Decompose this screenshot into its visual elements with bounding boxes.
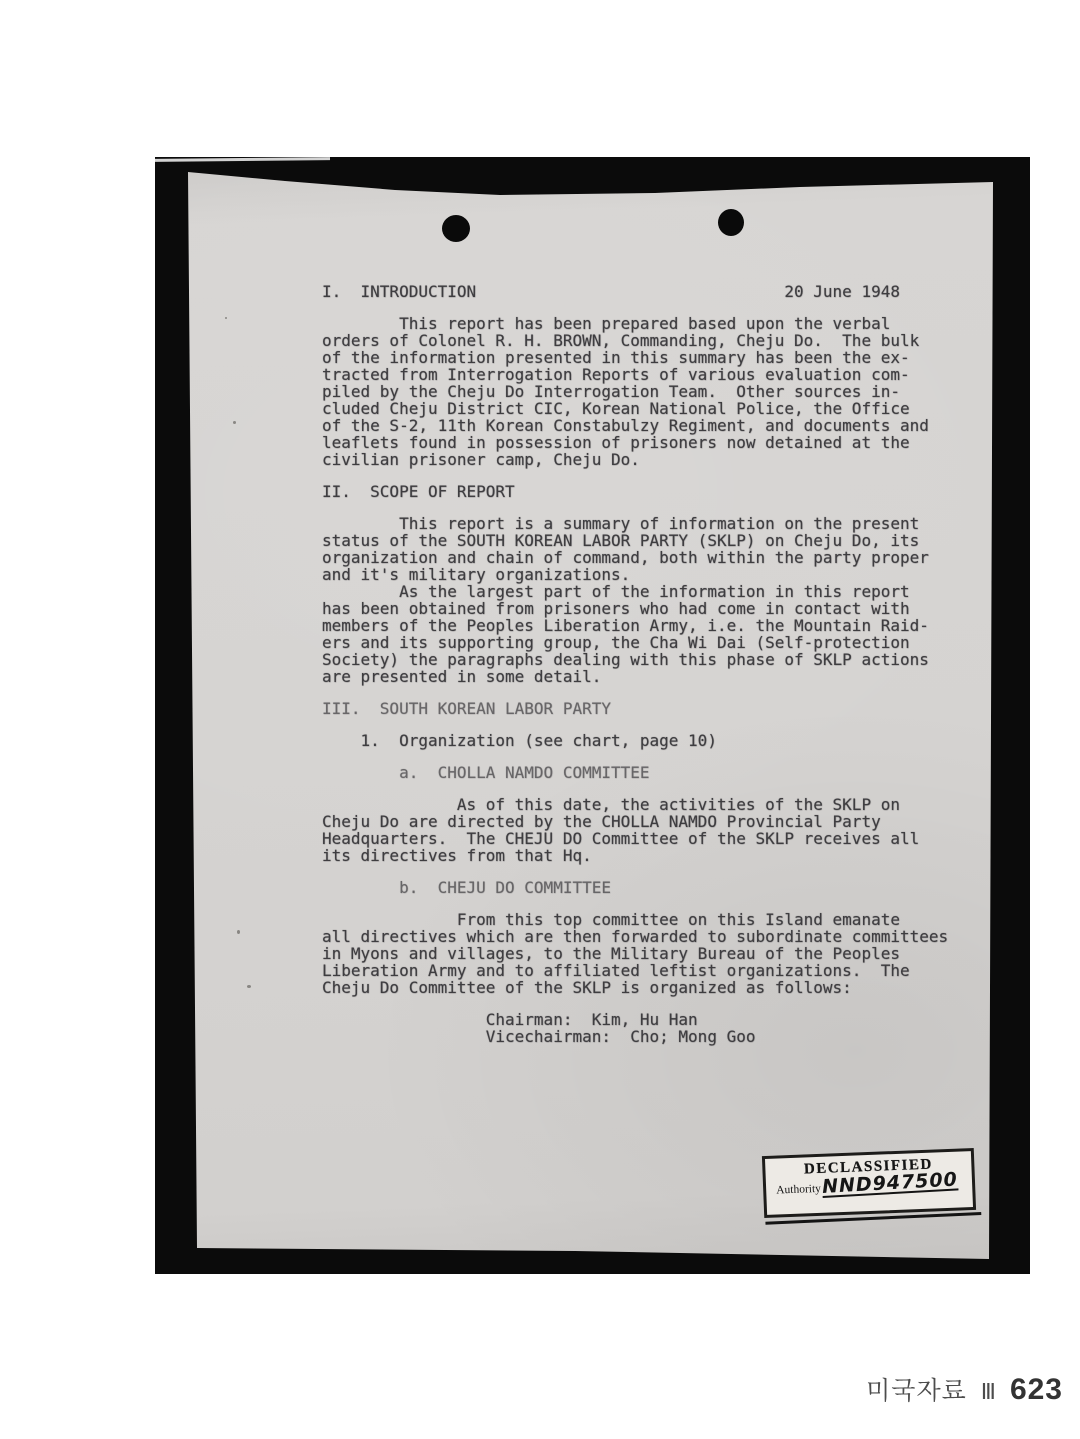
text-line: Vicechairman: Cho; Mong Goo xyxy=(322,1028,962,1045)
paragraph: a. CHOLLA NAMDO COMMITTEE xyxy=(322,764,962,781)
text-line: Society) the paragraphs dealing with thi… xyxy=(322,651,962,668)
text-line: and it's military organizations. xyxy=(322,566,962,583)
text-line: all directives which are then forwarded … xyxy=(322,928,962,945)
paragraph: b. CHEJU DO COMMITTEE xyxy=(322,879,962,896)
text-line: As of this date, the activities of the S… xyxy=(322,796,962,813)
text-line: Chairman: Kim, Hu Han xyxy=(322,1011,962,1028)
text-line: Headquarters. The CHEJU DO Committee of … xyxy=(322,830,962,847)
footer-source-label: 미국자료 xyxy=(866,1371,967,1407)
text-line: of the S-2, 11th Korean Constabulzy Regi… xyxy=(322,417,962,434)
text-line: organization and chain of command, both … xyxy=(322,549,962,566)
scanned-document-photo: I. INTRODUCTION20 June 1948 This report … xyxy=(155,157,1030,1274)
section-heading-text: I. INTRODUCTION xyxy=(322,282,476,301)
text-line: civilian prisoner camp, Cheju Do. xyxy=(322,451,962,468)
punch-hole-left xyxy=(442,215,470,242)
text-line: leaflets found in possession of prisoner… xyxy=(322,434,962,451)
stamp-authority-number: NND947500 xyxy=(821,1170,958,1198)
paper-speck xyxy=(233,421,236,424)
page-footer: 미국자료 Ⅲ 623 xyxy=(866,1371,1063,1407)
text-line: Cheju Do Committee of the SKLP is organi… xyxy=(322,979,962,996)
text-line: Liberation Army and to affiliated leftis… xyxy=(322,962,962,979)
text-line: b. CHEJU DO COMMITTEE xyxy=(322,879,962,896)
text-line: From this top committee on this Island e… xyxy=(322,911,962,928)
scanner-edge-artifact xyxy=(155,157,330,162)
punch-hole-right xyxy=(718,209,744,236)
text-line: Cheju Do are directed by the CHOLLA NAMD… xyxy=(322,813,962,830)
declassified-stamp: DECLASSIFIED AuthorityNND947500 xyxy=(762,1148,976,1218)
paragraph: 1. Organization (see chart, page 10) xyxy=(322,732,962,749)
section-heading: III. SOUTH KOREAN LABOR PARTY xyxy=(322,700,962,717)
footer-volume-numeral: Ⅲ xyxy=(981,1379,996,1405)
text-line: This report is a summary of information … xyxy=(322,515,962,532)
text-line: As the largest part of the information i… xyxy=(322,583,962,600)
text-line: 1. Organization (see chart, page 10) xyxy=(322,732,962,749)
paper-speck xyxy=(225,317,227,319)
document-text: I. INTRODUCTION20 June 1948 This report … xyxy=(322,283,962,1045)
paper-speck xyxy=(247,985,251,988)
text-line: status of the SOUTH KOREAN LABOR PARTY (… xyxy=(322,532,962,549)
paragraph: This report is a summary of information … xyxy=(322,515,962,685)
text-line: a. CHOLLA NAMDO COMMITTEE xyxy=(322,764,962,781)
paper-speck xyxy=(237,930,240,934)
text-line: This report has been prepared based upon… xyxy=(322,315,962,332)
text-line: tracted from Interrogation Reports of va… xyxy=(322,366,962,383)
text-line: of the information presented in this sum… xyxy=(322,349,962,366)
text-line: ers and its supporting group, the Cha Wi… xyxy=(322,634,962,651)
text-line: its directives from that Hq. xyxy=(322,847,962,864)
text-line: members of the Peoples Liberation Army, … xyxy=(322,617,962,634)
section-heading: I. INTRODUCTION20 June 1948 xyxy=(322,283,962,300)
text-line: piled by the Cheju Do Interrogation Team… xyxy=(322,383,962,400)
section-heading: II. SCOPE OF REPORT xyxy=(322,483,962,500)
text-line: are presented in some detail. xyxy=(322,668,962,685)
paragraph: As of this date, the activities of the S… xyxy=(322,796,962,864)
stamp-authority-label: Authority xyxy=(776,1183,821,1197)
paragraph: Chairman: Kim, Hu Han Vicechairman: Cho;… xyxy=(322,1011,962,1045)
paragraph: This report has been prepared based upon… xyxy=(322,315,962,468)
text-line: in Myons and villages, to the Military B… xyxy=(322,945,962,962)
paragraph: From this top committee on this Island e… xyxy=(322,911,962,996)
text-line: cluded Cheju District CIC, Korean Nation… xyxy=(322,400,962,417)
text-line: orders of Colonel R. H. BROWN, Commandin… xyxy=(322,332,962,349)
footer-page-number: 623 xyxy=(1010,1373,1063,1407)
document-paper: I. INTRODUCTION20 June 1948 This report … xyxy=(155,157,1030,1274)
text-line: has been obtained from prisoners who had… xyxy=(322,600,962,617)
report-date: 20 June 1948 xyxy=(784,283,900,300)
